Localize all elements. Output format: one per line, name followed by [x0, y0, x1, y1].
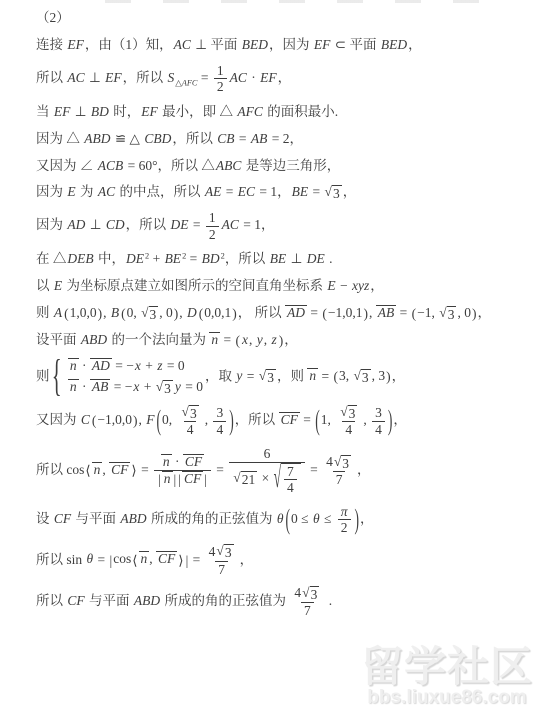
paren-group: (1,0,0) — [63, 305, 103, 320]
line-pythagoras: 在 △DEB 中，DE2 + BE2 = BD2，所以 BE ⊥ DE . — [36, 250, 529, 269]
line-cf-vector: 又因为 C(−1,0,0), F(0, 34, 34)，所以 CF = (1, … — [36, 404, 529, 438]
line-theta-definition: 设 CF 与平面 ABD 所成的角的正弦值为 θ(0 ≤ θ ≤ π2)， — [36, 504, 529, 536]
vector-overbar: n — [307, 368, 318, 384]
radical: 3 — [259, 369, 276, 386]
vector-overbar: n — [139, 551, 150, 567]
line-midpoint: 因为 E 为 AC 的中点，所以 AE = EC = 1，BE = 3， — [36, 183, 529, 202]
angle-group: ⟨n, CF⟩ — [131, 551, 184, 566]
radical: 3 — [439, 306, 456, 323]
fraction: 34 — [178, 404, 203, 438]
watermark-title: 留学社区 — [361, 646, 533, 688]
paren-group: (1, 34, 34) — [314, 412, 393, 427]
line-point-coordinates: 则 A(1,0,0), B(0, 3, 0), D(0,0,1)， 所以 AD … — [36, 304, 529, 323]
radical: 3 — [302, 586, 319, 603]
vector-overbar: CF — [279, 412, 300, 428]
paren-group: (0, 34, 34) — [156, 412, 235, 427]
fraction: 34 — [213, 405, 226, 437]
fraction: 437 — [323, 454, 355, 488]
vector-overbar: CF — [182, 471, 203, 487]
fraction: 621 × 74 — [229, 446, 304, 496]
equation-system: n · AD = −x + z = 0n · AB = −x + 3y = 0 — [55, 358, 203, 396]
line-angle-60: 又因为 ∠ ACB = 60°，所以 △ABC 是等边三角形， — [36, 157, 529, 176]
paren-group: (0, 3, 0) — [120, 305, 179, 320]
paren-group: (x, y, z) — [235, 332, 285, 347]
line-area-formula: 所以 AC ⊥ EF，所以 S△AFC = 12AC · EF， — [36, 63, 529, 95]
solution-lines: （2）连接 EF，由（1）知，AC ⊥ 平面 BED，因为 EF ⊂ 平面 BE… — [0, 0, 535, 619]
angle-group: ⟨n, CF⟩ — [84, 462, 137, 477]
radical: 3 — [325, 185, 342, 202]
line-normal-vector-solve: 则 n · AD = −x + z = 0n · AB = −x + 3y = … — [36, 358, 529, 396]
vector-overbar: n — [92, 462, 103, 478]
paren-group: (3, 3, 3) — [332, 368, 391, 383]
vector-overbar: n — [68, 379, 79, 395]
radical: 3 — [353, 369, 370, 386]
radical: 3 — [340, 405, 357, 422]
radical: 3 — [216, 544, 233, 561]
line-cos-calculation: 所以 cos⟨n, CF⟩ = n · CF|n||CF| = 621 × 74… — [36, 446, 529, 496]
radical: 74 — [274, 463, 301, 496]
fraction: π2 — [337, 504, 352, 536]
radical: 21 — [233, 471, 257, 488]
line-de-half-ac: 因为 AD ⊥ CD，所以 DE = 12AC = 1， — [36, 210, 529, 242]
line-normal-vector-setup: 设平面 ABD 的一个法向量为 n = (x, y, z)， — [36, 331, 529, 350]
vector-overbar: CF — [109, 462, 130, 478]
line-sin-theta: 所以 sin θ = |cos⟨n, CF⟩| = 437， — [36, 544, 529, 578]
radical: 3 — [141, 306, 158, 323]
fraction: 437 — [291, 585, 323, 619]
part-label: （2） — [36, 9, 529, 28]
line-ef-minimum: 当 EF ⊥ BD 时，EF 最小，即 △ AFC 的面积最小. — [36, 103, 529, 122]
watermark-site: bbs.liuxue86.com — [361, 688, 533, 709]
line-connect-ef: 连接 EF，由（1）知，AC ⊥ 平面 BED，因为 EF ⊂ 平面 BED， — [36, 36, 529, 55]
vector-overbar: AD — [285, 305, 307, 321]
vector-overbar: CF — [156, 551, 177, 567]
vector-overbar: n — [209, 332, 220, 348]
fraction: 12 — [214, 63, 227, 95]
vector-overbar: n — [68, 358, 79, 374]
fraction: 74 — [284, 464, 297, 496]
abs-group: |n| — [157, 471, 177, 486]
scanned-solution-page: （2）连接 EF，由（1）知，AC ⊥ 平面 BED，因为 EF ⊂ 平面 BE… — [0, 0, 535, 717]
paren-group: (−1,0,0) — [91, 412, 139, 427]
vector-overbar: n — [162, 471, 173, 487]
vector-overbar: AB — [90, 379, 111, 395]
fraction: n · CF|n||CF| — [154, 454, 211, 487]
fraction: 34 — [336, 404, 361, 438]
page-top-crop-artifact — [105, 0, 485, 3]
paren-group: (0,0,1) — [198, 305, 238, 320]
fraction: 12 — [206, 210, 219, 242]
vector-overbar: AB — [376, 305, 397, 321]
abs-group: |cos⟨n, CF⟩| — [109, 551, 190, 566]
radical: 3 — [182, 405, 199, 422]
abs-group: |CF| — [177, 471, 208, 486]
radical: 3 — [156, 380, 173, 397]
line-congruent-triangles: 因为 △ ABD ≌ △ CBD，所以 CB = AB = 2， — [36, 130, 529, 149]
paren-group: (−1, 3, 0) — [411, 305, 478, 320]
paren-group: (−1,0,1) — [321, 305, 369, 320]
line-conclusion: 所以 CF 与平面 ABD 所成的角的正弦值为 437 . — [36, 585, 529, 619]
radical: 3 — [334, 455, 351, 472]
fraction: 437 — [206, 544, 238, 578]
watermark: 留学社区 bbs.liuxue86.com — [361, 646, 533, 709]
vector-overbar: AD — [90, 358, 112, 374]
fraction: 34 — [372, 405, 385, 437]
line-coordinate-system: 以 E 为坐标原点建立如图所示的空间直角坐标系 E − xyz， — [36, 277, 529, 296]
vector-overbar: CF — [183, 454, 204, 470]
vector-overbar: n — [161, 454, 172, 470]
paren-group: (0 ≤ θ ≤ π2) — [285, 511, 361, 526]
